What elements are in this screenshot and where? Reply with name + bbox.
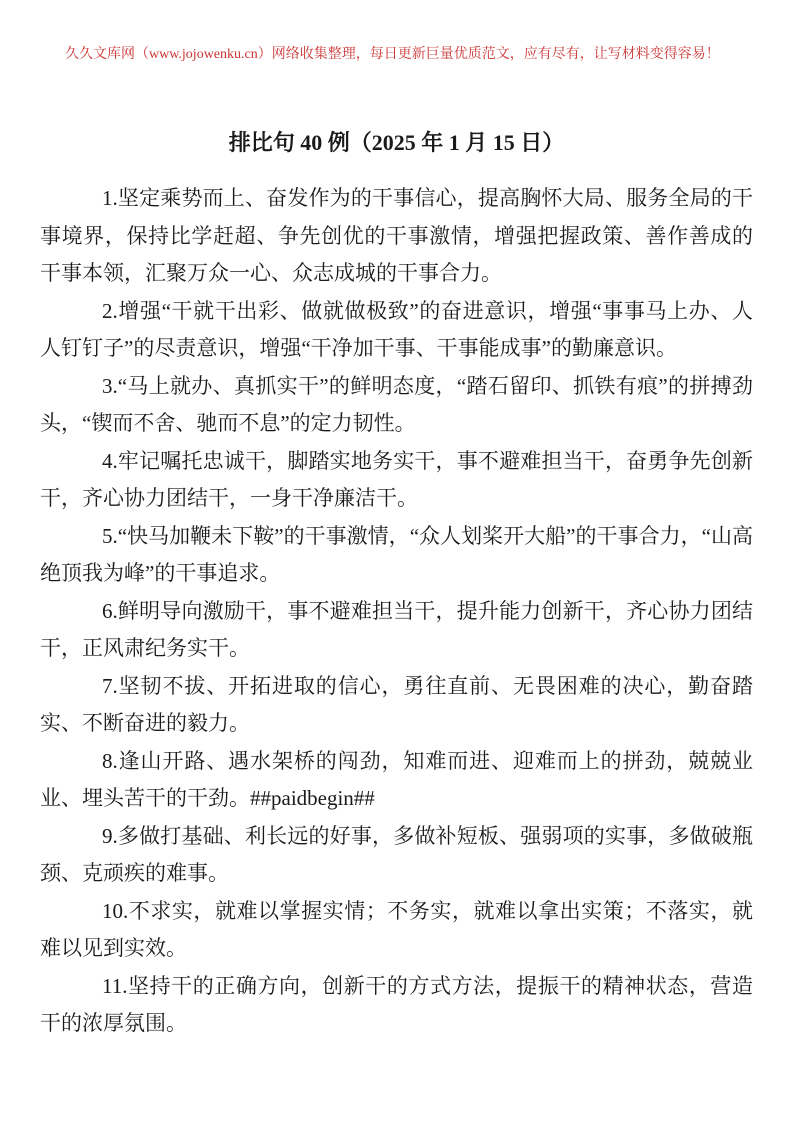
- paragraph: 6.鲜明导向激励干，事不避难担当干，提升能力创新干，齐心协力团结干，正风肃纪务实…: [40, 593, 753, 668]
- paragraph: 4.牢记嘱托忠诚干，脚踏实地务实干，事不避难担当干，奋勇争先创新干，齐心协力团结…: [40, 443, 753, 518]
- paragraph-list: 1.坚定乘势而上、奋发作为的干事信心，提高胸怀大局、服务全局的干事境界，保持比学…: [40, 180, 753, 1043]
- paragraph: 2.增强“干就干出彩、做就做极致”的奋进意识，增强“事事马上办、人人钉钉子”的尽…: [40, 293, 753, 368]
- paragraph: 5.“快马加鞭未下鞍”的干事激情，“众人划桨开大船”的干事合力，“山高绝顶我为峰…: [40, 518, 753, 593]
- paragraph: 10.不求实，就难以掌握实情；不务实，就难以拿出实策；不落实，就难以见到实效。: [40, 893, 753, 968]
- document-title: 排比句 40 例（2025 年 1 月 15 日）: [40, 128, 753, 158]
- paragraph: 8.逢山开路、遇水架桥的闯劲，知难而进、迎难而上的拼劲，兢兢业业、埋头苦干的干劲…: [40, 743, 753, 818]
- paragraph: 11.坚持干的正确方向，创新干的方式方法，提振干的精神状态，营造干的浓厚氛围。: [40, 968, 753, 1043]
- document-page: 久久文库网（www.jojowenku.cn）网络收集整理，每日更新巨量优质范文…: [0, 0, 793, 1122]
- paragraph: 7.坚韧不拔、开拓进取的信心，勇往直前、无畏困难的决心，勤奋踏实、不断奋进的毅力…: [40, 668, 753, 743]
- paragraph: 9.多做打基础、利长远的好事，多做补短板、强弱项的实事，多做破瓶颈、克顽疾的难事…: [40, 818, 753, 893]
- paragraph: 1.坚定乘势而上、奋发作为的干事信心，提高胸怀大局、服务全局的干事境界，保持比学…: [40, 180, 753, 293]
- site-watermark-header: 久久文库网（www.jojowenku.cn）网络收集整理，每日更新巨量优质范文…: [65, 46, 753, 64]
- paragraph: 3.“马上就办、真抓实干”的鲜明态度，“踏石留印、抓铁有痕”的拼搏劲头，“锲而不…: [40, 368, 753, 443]
